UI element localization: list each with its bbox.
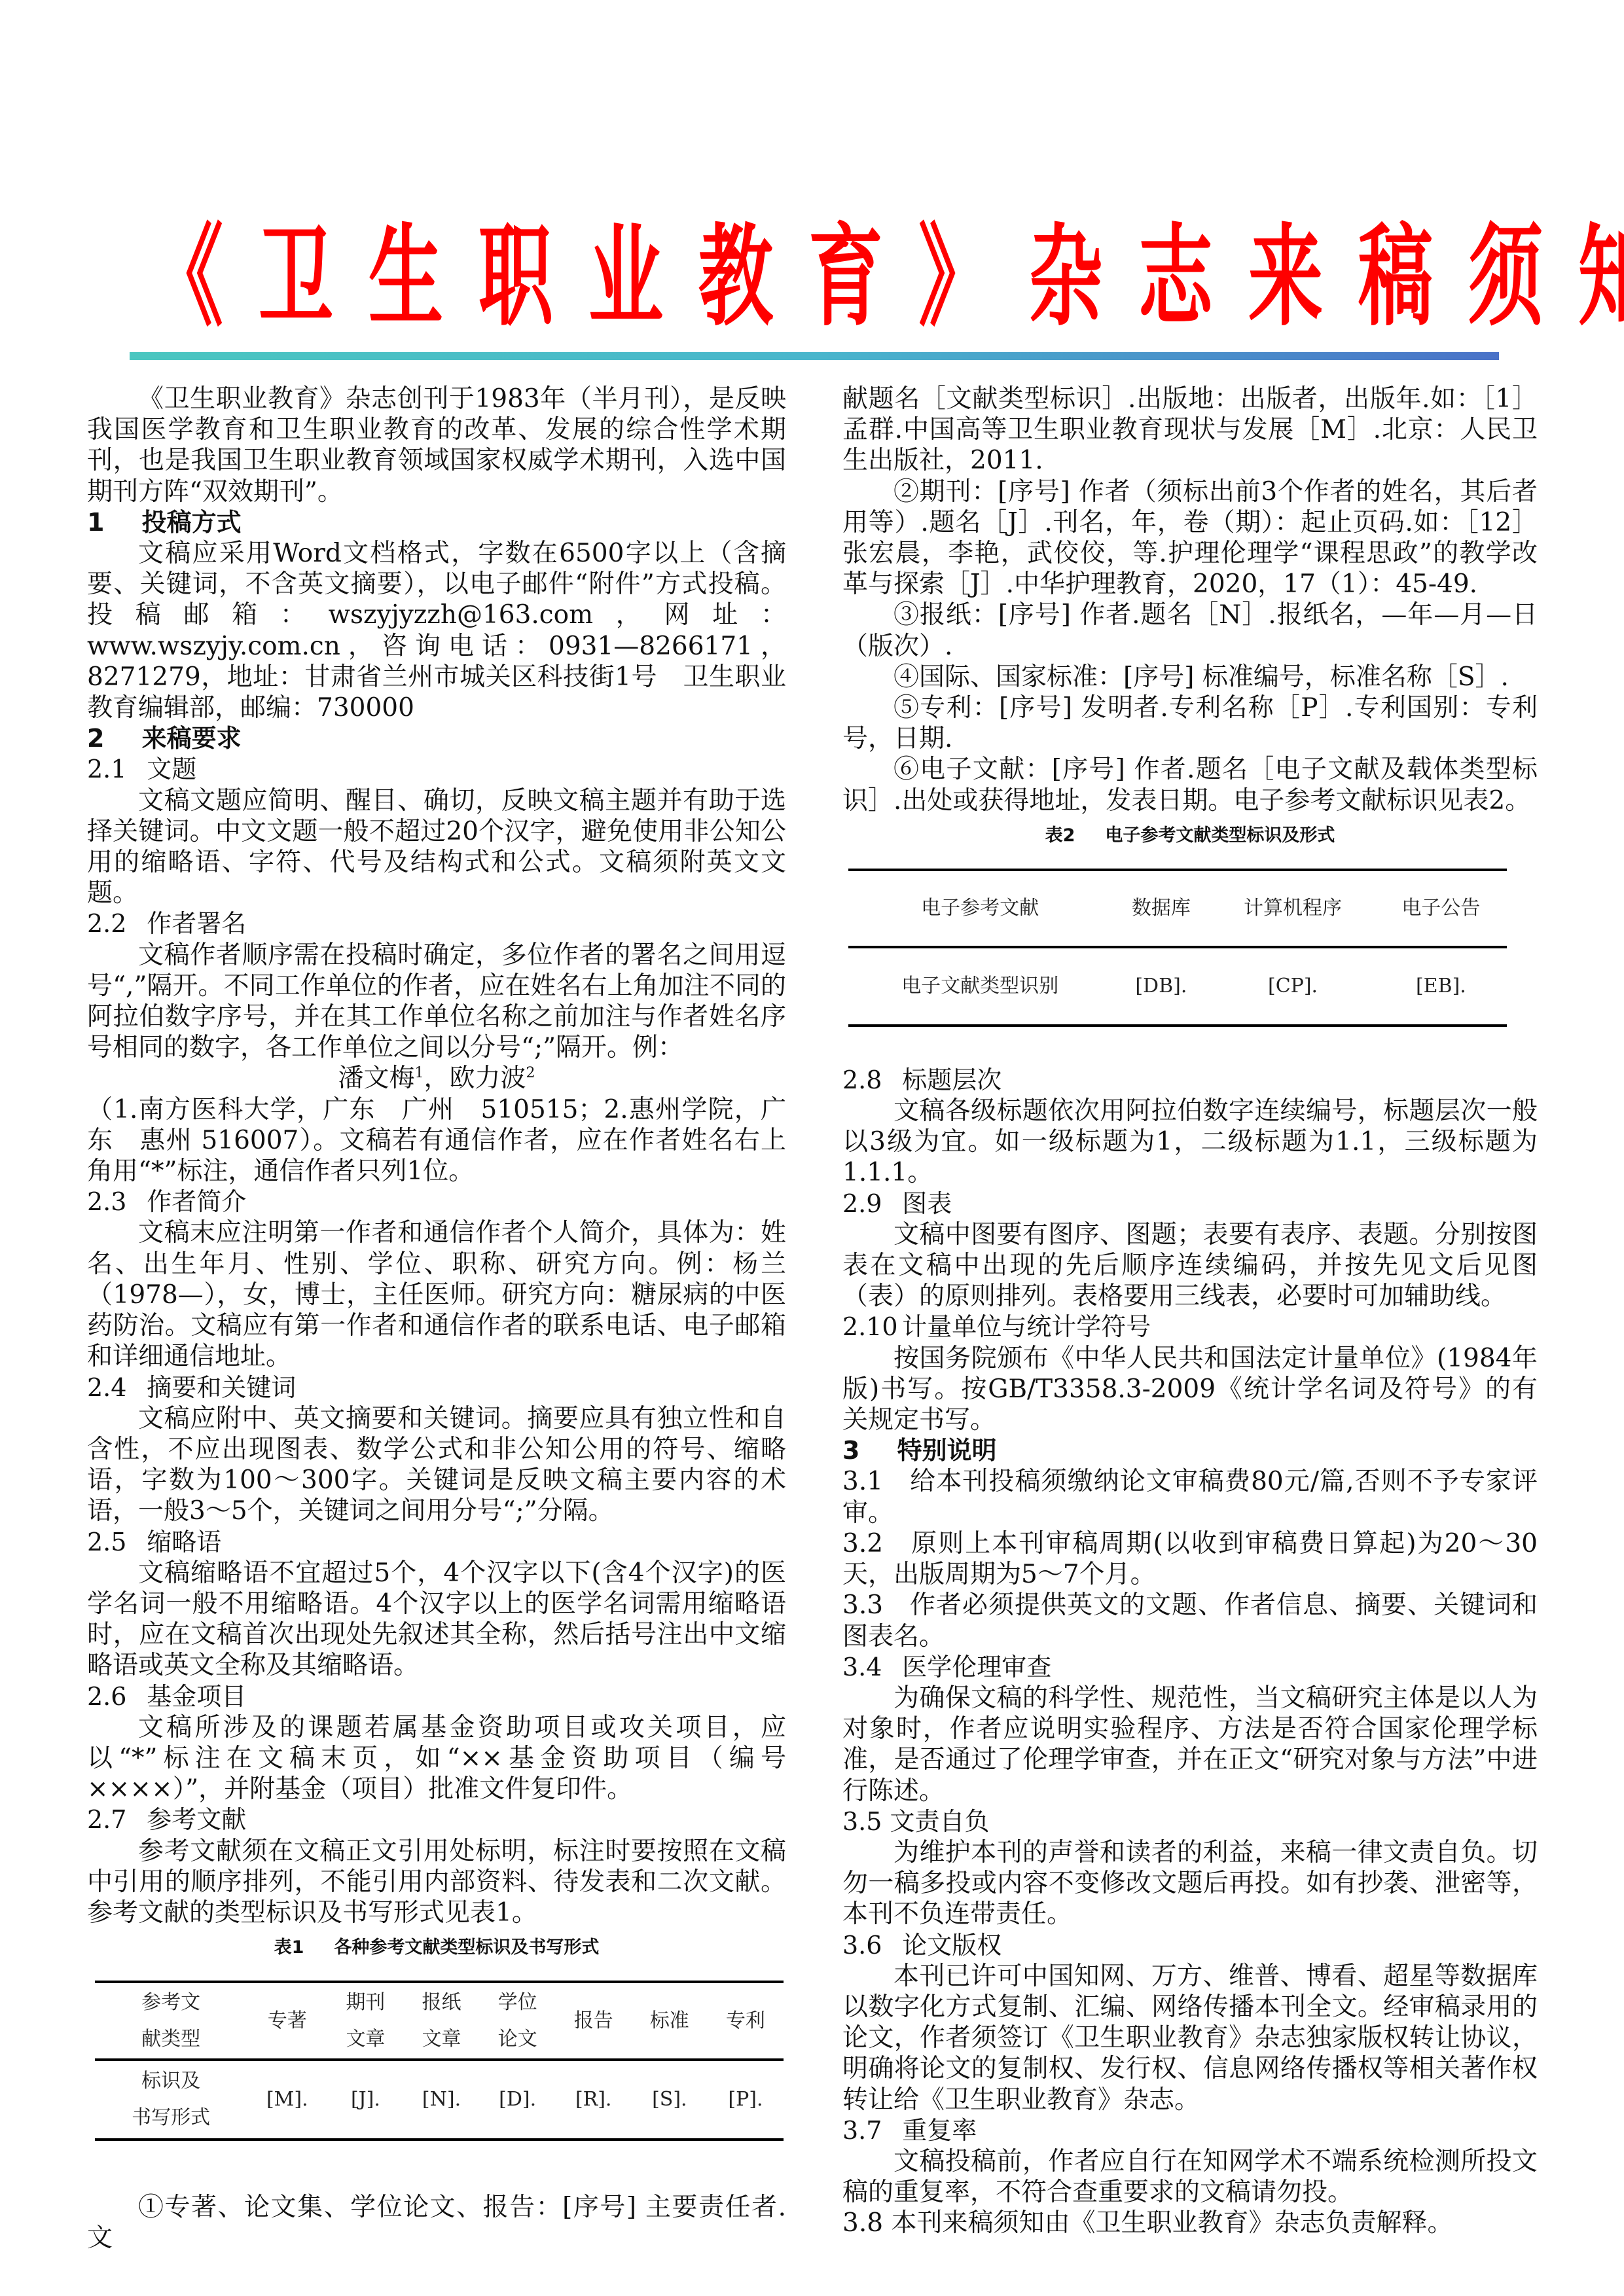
right-column: 献题名［文献类型标识］.出版地：出版者，出版年.如：［1］孟群.中国高等卫生职业… (842, 384, 1538, 2239)
reference-format-item: ②期刊：[序号] 作者（须标出前3个作者的姓名，其后者用等）.题名［J］.刊名，… (842, 476, 1538, 600)
subsection-heading: 2.3作者简介 (87, 1187, 786, 1217)
table-header-cell: 电子公告 (1375, 870, 1507, 947)
table-row: 标识及书写形式 [M]. [J]. [N]. [D]. [R]. [S]. [P… (95, 2060, 784, 2140)
section-heading: 3特别说明 (842, 1435, 1538, 1466)
table-header-cell: 期刊文章 (327, 1982, 403, 2060)
table-header-cell: 数据库 (1111, 870, 1210, 947)
left-column: 《卫生职业教育》杂志创刊于1983年（半月刊），是反映我国医学教育和卫生职业教育… (87, 384, 786, 2254)
intro-paragraph: 《卫生职业教育》杂志创刊于1983年（半月刊），是反映我国医学教育和卫生职业教育… (87, 384, 786, 507)
table-header-cell: 计算机程序 (1210, 870, 1375, 947)
table-header-cell: 电子参考文献 (848, 870, 1111, 947)
subsection-heading: 3.5 文责自负 (842, 1806, 1538, 1837)
table-header-cell: 报告 (556, 1982, 632, 2060)
subsection-heading: 2.1文题 (87, 754, 786, 785)
subsection-body: 文稿作者顺序需在投稿时确定，多位作者的署名之间用逗号“,”隔开。不同工作单位的作… (87, 940, 786, 1064)
table-cell: [S]. (632, 2060, 708, 2140)
subsection-heading: 2.5缩略语 (87, 1527, 786, 1558)
subsection-body: 文稿末应注明第一作者和通信作者个人简介，具体为：姓名、出生年月、性别、学位、职称… (87, 1217, 786, 1372)
subsection-heading: 2.6基金项目 (87, 1681, 786, 1712)
subsection-heading: 2.7参考文献 (87, 1804, 786, 1835)
table-cell: [J]. (327, 2060, 403, 2140)
table-cell: [D]. (480, 2060, 556, 2140)
reference-format-item: ⑤专利：[序号] 发明者.专利名称［P］.专利国别：专利号，日期. (842, 692, 1538, 754)
special-note: 3.8 本刊来稿须知由《卫生职业教育》杂志负责解释。 (842, 2208, 1538, 2238)
title-char: 卫 (259, 208, 333, 346)
subsection-heading: 2.2作者署名 (87, 908, 786, 939)
table2-caption: 表2电子参考文献类型标识及形式 (842, 823, 1538, 849)
section-body: 文稿应采用Word文档格式，字数在6500字以上（含摘要、关键词，不含英文摘要）… (87, 538, 786, 723)
title-char: 育 (808, 208, 883, 346)
subsection-body: 本刊已许可中国知网、万方、维普、博看、超星等数据库以数字化方式复制、汇编、网络传… (842, 1961, 1538, 2115)
table-cell: 电子文献类型识别 (848, 947, 1111, 1026)
subsection-body: 为维护本刊的声誉和读者的利益，来稿一律文责自负。切勿一稿多投或内容不变修改文题后… (842, 1837, 1538, 1930)
title-char: 来 (1248, 208, 1323, 346)
subsection-heading: 2.10计量单位与统计学符号 (842, 1312, 1538, 1342)
reference-format-item: ③报纸：[序号] 作者.题名［N］.报纸名，—年—月—日（版次）. (842, 600, 1538, 661)
subsection-heading: 2.4摘要和关键词 (87, 1372, 786, 1403)
title-char: 》 (918, 208, 993, 346)
subsection-body: 文稿文题应简明、醒目、确切，反映文稿主题并有助于选择关键词。中文文题一般不超过2… (87, 785, 786, 909)
table-cell: 标识及书写形式 (95, 2060, 247, 2140)
special-note: 3.3 作者必须提供英文的文题、作者信息、摘要、关键词和图表名。 (842, 1590, 1538, 1651)
table-header-cell: 专著 (247, 1982, 327, 2060)
table-header-row: 参考文献类型 专著 期刊文章 报纸文章 学位论文 报告 标准 专利 (95, 1982, 784, 2060)
reference-format-item: ④国际、国家标准：[序号] 标准编号，标准名称［S］. (842, 662, 1538, 692)
table-header-cell: 报纸文章 (403, 1982, 479, 2060)
subsection-body: 按国务院颁布《中华人民共和国法定计量单位》(1984年版)书写。按GB/T335… (842, 1343, 1538, 1436)
title-char: 志 (1138, 208, 1213, 346)
title-char: 业 (588, 208, 663, 346)
title-char: 《 (149, 208, 223, 346)
page-title: 《 卫 生 职 业 教 育 》 杂 志 来 稿 须 知 (131, 208, 1499, 346)
title-gradient-divider (130, 352, 1499, 360)
table-header-cell: 学位论文 (480, 1982, 556, 2060)
table-header-cell: 参考文献类型 (95, 1982, 247, 2060)
table-header-row: 电子参考文献 数据库 计算机程序 电子公告 (848, 870, 1507, 947)
table-cell: [R]. (556, 2060, 632, 2140)
table-cell: [DB]. (1111, 947, 1210, 1026)
section-heading: 1投稿方式 (87, 507, 786, 538)
title-char: 教 (698, 208, 773, 346)
table1-caption: 表1各种参考文献类型标识及书写形式 (87, 1935, 786, 1961)
subsection-heading: 3.6论文版权 (842, 1930, 1538, 1961)
subsection-heading: 2.8标题层次 (842, 1065, 1538, 1096)
title-char: 知 (1578, 208, 1624, 346)
section-heading: 2来稿要求 (87, 723, 786, 754)
table-header-cell: 标准 (632, 1982, 708, 2060)
table-cell: [N]. (403, 2060, 479, 2140)
title-char: 杂 (1028, 208, 1103, 346)
title-char: 生 (369, 208, 443, 346)
title-char: 稿 (1358, 208, 1433, 346)
title-char: 须 (1468, 208, 1543, 346)
subsection-heading: 3.4医学伦理审查 (842, 1652, 1538, 1683)
special-note: 3.2 原则上本刊审稿周期(以收到审稿费日算起)为20～30天，出版周期为5～7… (842, 1528, 1538, 1590)
subsection-body: 文稿投稿前，作者应自行在知网学术不端系统检测所投文稿的重复率，不符合查重要求的文… (842, 2146, 1538, 2208)
electronic-reference-table: 电子参考文献 数据库 计算机程序 电子公告 电子文献类型识别 [DB]. [CP… (848, 869, 1507, 1027)
title-char: 职 (478, 208, 553, 346)
reference-format-item: ⑥电子文献：[序号] 作者.题名［电子文献及载体类型标识］.出处或获得地址，发表… (842, 754, 1538, 816)
table-row: 电子文献类型识别 [DB]. [CP]. [EB]. (848, 947, 1507, 1026)
table-cell: [M]. (247, 2060, 327, 2140)
subsection-heading: 3.7重复率 (842, 2115, 1538, 2146)
table-cell: [EB]. (1375, 947, 1507, 1026)
author-example: 潘文梅1，欧力波2 (87, 1063, 786, 1094)
table-cell: [CP]. (1210, 947, 1375, 1026)
subsection-body: 参考文献须在文稿正文引用处标明，标注时要按照在文稿中引用的顺序排列，不能引用内部… (87, 1836, 786, 1929)
table-header-cell: 专利 (708, 1982, 784, 2060)
reference-type-table: 参考文献类型 专著 期刊文章 报纸文章 学位论文 报告 标准 专利 标识及书写形… (95, 1981, 784, 2141)
subsection-heading: 2.9图表 (842, 1189, 1538, 1219)
subsection-body: 文稿缩略语不宜超过5个，4个汉字以下(含4个汉字)的医学名词一般不用缩略语。4个… (87, 1558, 786, 1681)
subsection-body: 文稿中图要有图序、图题；表要有表序、表题。分别按图表在文稿中出现的先后顺序连续编… (842, 1219, 1538, 1312)
subsection-body: 文稿各级标题依次用阿拉伯数字连续编号，标题层次一般以3级为宜。如一级标题为1，二… (842, 1096, 1538, 1189)
reference-format-item: ①专著、论文集、学位论文、报告：[序号] 主要责任者.文 (87, 2192, 786, 2253)
special-note: 3.1 给本刊投稿须缴纳论文审稿费80元/篇,否则不予专家评审。 (842, 1466, 1538, 1528)
subsection-body: 文稿所涉及的课题若属基金资助项目或攻关项目，应以“*”标注在文稿末页，如“××基… (87, 1712, 786, 1805)
subsection-body: 为确保文稿的科学性、规范性，当文稿研究主体是以人为对象时，作者应说明实验程序、方… (842, 1683, 1538, 1806)
subsection-body: 文稿应附中、英文摘要和关键词。摘要应具有独立性和自含性，不应出现图表、数学公式和… (87, 1403, 786, 1527)
reference-format-item-continued: 献题名［文献类型标识］.出版地：出版者，出版年.如：［1］孟群.中国高等卫生职业… (842, 384, 1538, 476)
affiliation-example: （1.南方医科大学，广东 广州 510515；2.惠州学院，广东 惠州 5160… (87, 1094, 786, 1187)
table-cell: [P]. (708, 2060, 784, 2140)
